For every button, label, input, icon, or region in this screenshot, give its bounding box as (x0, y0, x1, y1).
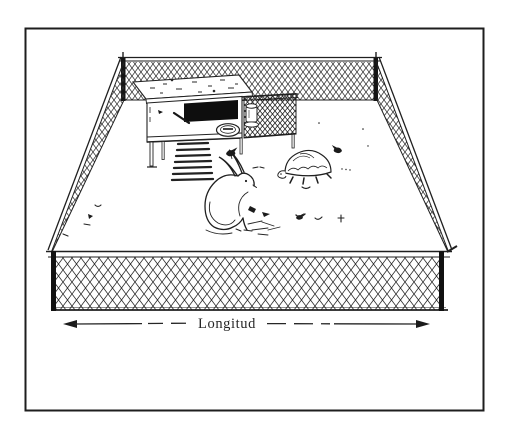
water-feeder (245, 104, 259, 127)
dimension-label: Longitud (198, 316, 256, 332)
enclosure-illustration: Longitud (0, 0, 512, 430)
figure-page: Longitud (0, 0, 512, 430)
front-fence (46, 246, 458, 311)
hutch-door-opening (184, 100, 238, 122)
food-bowl (217, 124, 240, 137)
mesh-run (242, 94, 298, 139)
